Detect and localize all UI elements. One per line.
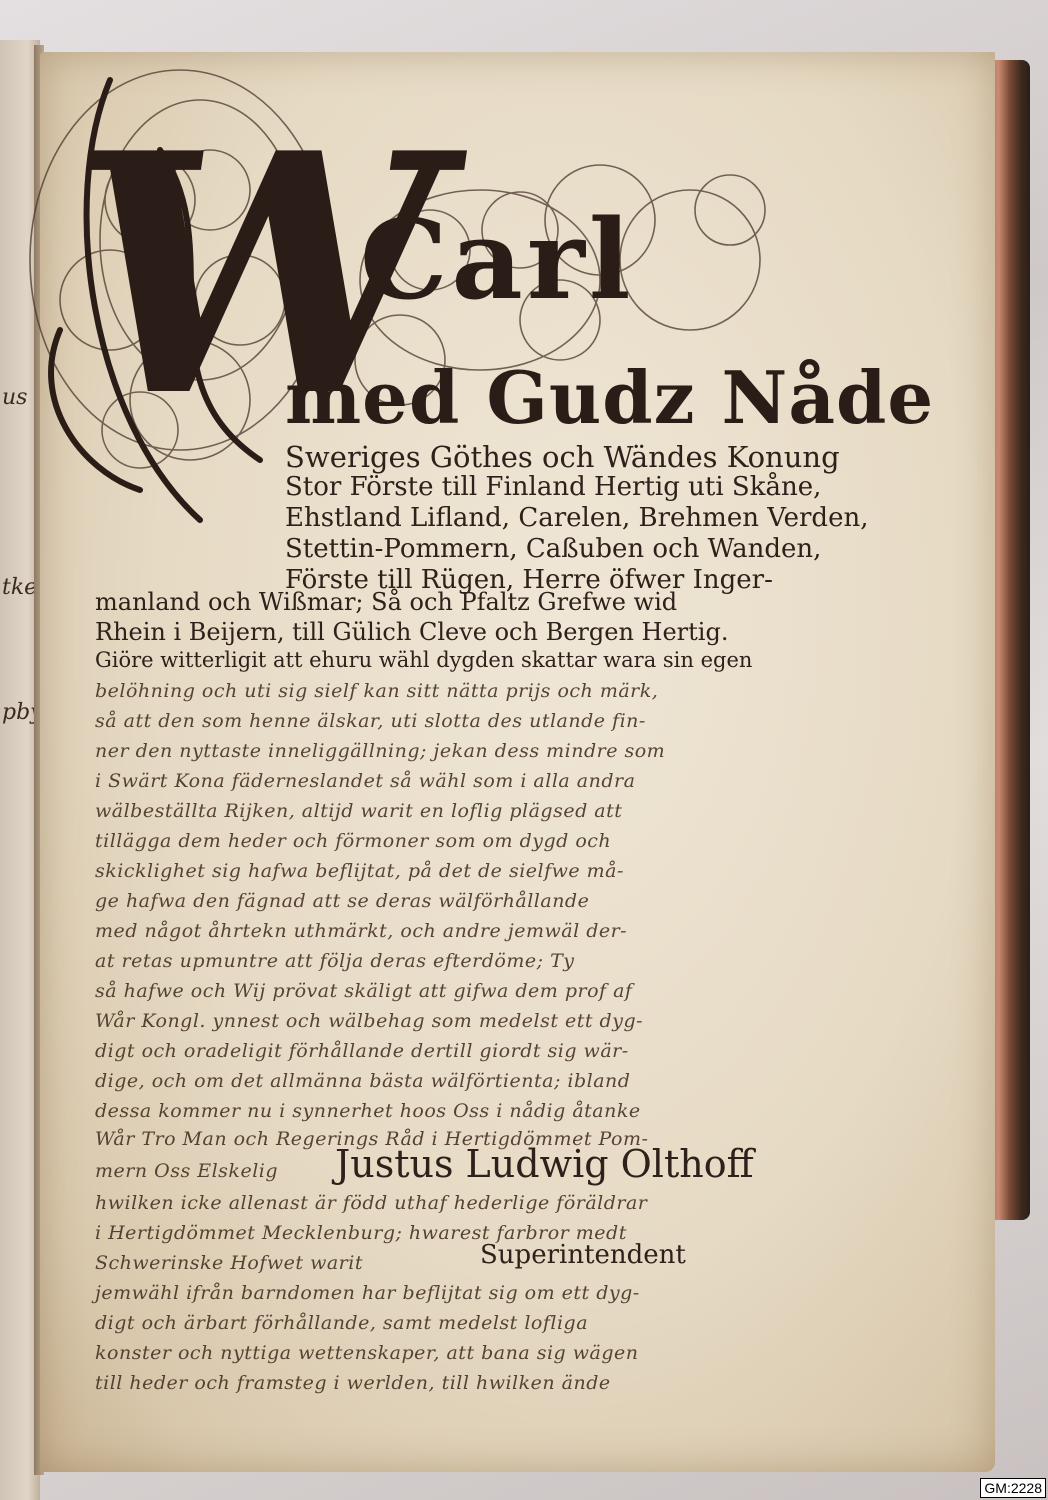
cursive-line: jemwähl ifrån barndomen har beflijtat si… bbox=[95, 1282, 640, 1304]
cursive-line: Schwerinske Hofwet warit bbox=[95, 1252, 363, 1274]
formal-line: Sweriges Göthes och Wändes Konung bbox=[285, 440, 840, 474]
heading-line-2: med Gudz Nåde bbox=[285, 355, 934, 440]
title-superintendent: Superintendent bbox=[480, 1240, 686, 1270]
cursive-line: i Swärt Kona fäderneslandet så wähl som … bbox=[95, 770, 635, 792]
cursive-line: så att den som henne älskar, uti slotta … bbox=[95, 710, 646, 732]
archive-label: GM:2228 bbox=[980, 1478, 1046, 1498]
cursive-line: skicklighet sig hafwa beflijtat, på det … bbox=[95, 860, 624, 882]
cursive-line: dessa kommer nu i synnerhet hoos Oss i n… bbox=[95, 1100, 641, 1122]
cursive-line: wälbeställta Rijken, altijd warit en lof… bbox=[95, 800, 622, 822]
heading-name-carl: Carl bbox=[360, 195, 635, 324]
cursive-line: tillägga dem heder och förmoner som om d… bbox=[95, 830, 611, 852]
cursive-line: ner den nyttaste inneliggällning; jekan … bbox=[95, 740, 665, 762]
formal-line: Rhein i Beijern, till Gülich Cleve och B… bbox=[95, 618, 728, 646]
formal-line: Stettin-Pommern, Caßuben och Wanden, bbox=[285, 534, 821, 564]
cursive-line: belöhning och uti sig sielf kan sitt nät… bbox=[95, 680, 658, 702]
cursive-line: med något åhrtekn uthmärkt, och andre je… bbox=[95, 920, 627, 942]
formal-line: manland och Wißmar; Så och Pfaltz Grefwe… bbox=[95, 588, 677, 616]
person-name: Justus Ludwig Olthoff bbox=[335, 1142, 754, 1186]
formal-line: Giöre witterligit att ehuru wähl dygden … bbox=[95, 648, 752, 672]
cursive-line: Wår Kongl. ynnest och wälbehag som medel… bbox=[95, 1010, 643, 1032]
formal-line: Stor Förste till Finland Hertig uti Skån… bbox=[285, 472, 821, 502]
cursive-line: mern Oss Elskelig bbox=[95, 1160, 278, 1182]
cursive-line: at retas upmuntre att följa deras efterd… bbox=[95, 950, 574, 972]
cursive-line: till heder och framsteg i werlden, till … bbox=[95, 1372, 611, 1394]
cursive-line: digt och ärbart förhållande, samt medels… bbox=[95, 1312, 588, 1334]
cursive-line: digt och oradeligit förhållande dertill … bbox=[95, 1040, 629, 1062]
formal-line: Ehstland Lifland, Carelen, Brehmen Verde… bbox=[285, 503, 868, 533]
cursive-line: konster och nyttiga wettenskaper, att ba… bbox=[95, 1342, 638, 1364]
cursive-line: ge hafwa den fägnad att se deras wälförh… bbox=[95, 890, 589, 912]
cursive-line: dige, och om det allmänna bästa wälförti… bbox=[95, 1070, 630, 1092]
cursive-line: så hafwe och Wij prövat skäligt att gifw… bbox=[95, 980, 632, 1002]
cursive-line: hwilken icke allenast är född uthaf hede… bbox=[95, 1192, 647, 1214]
